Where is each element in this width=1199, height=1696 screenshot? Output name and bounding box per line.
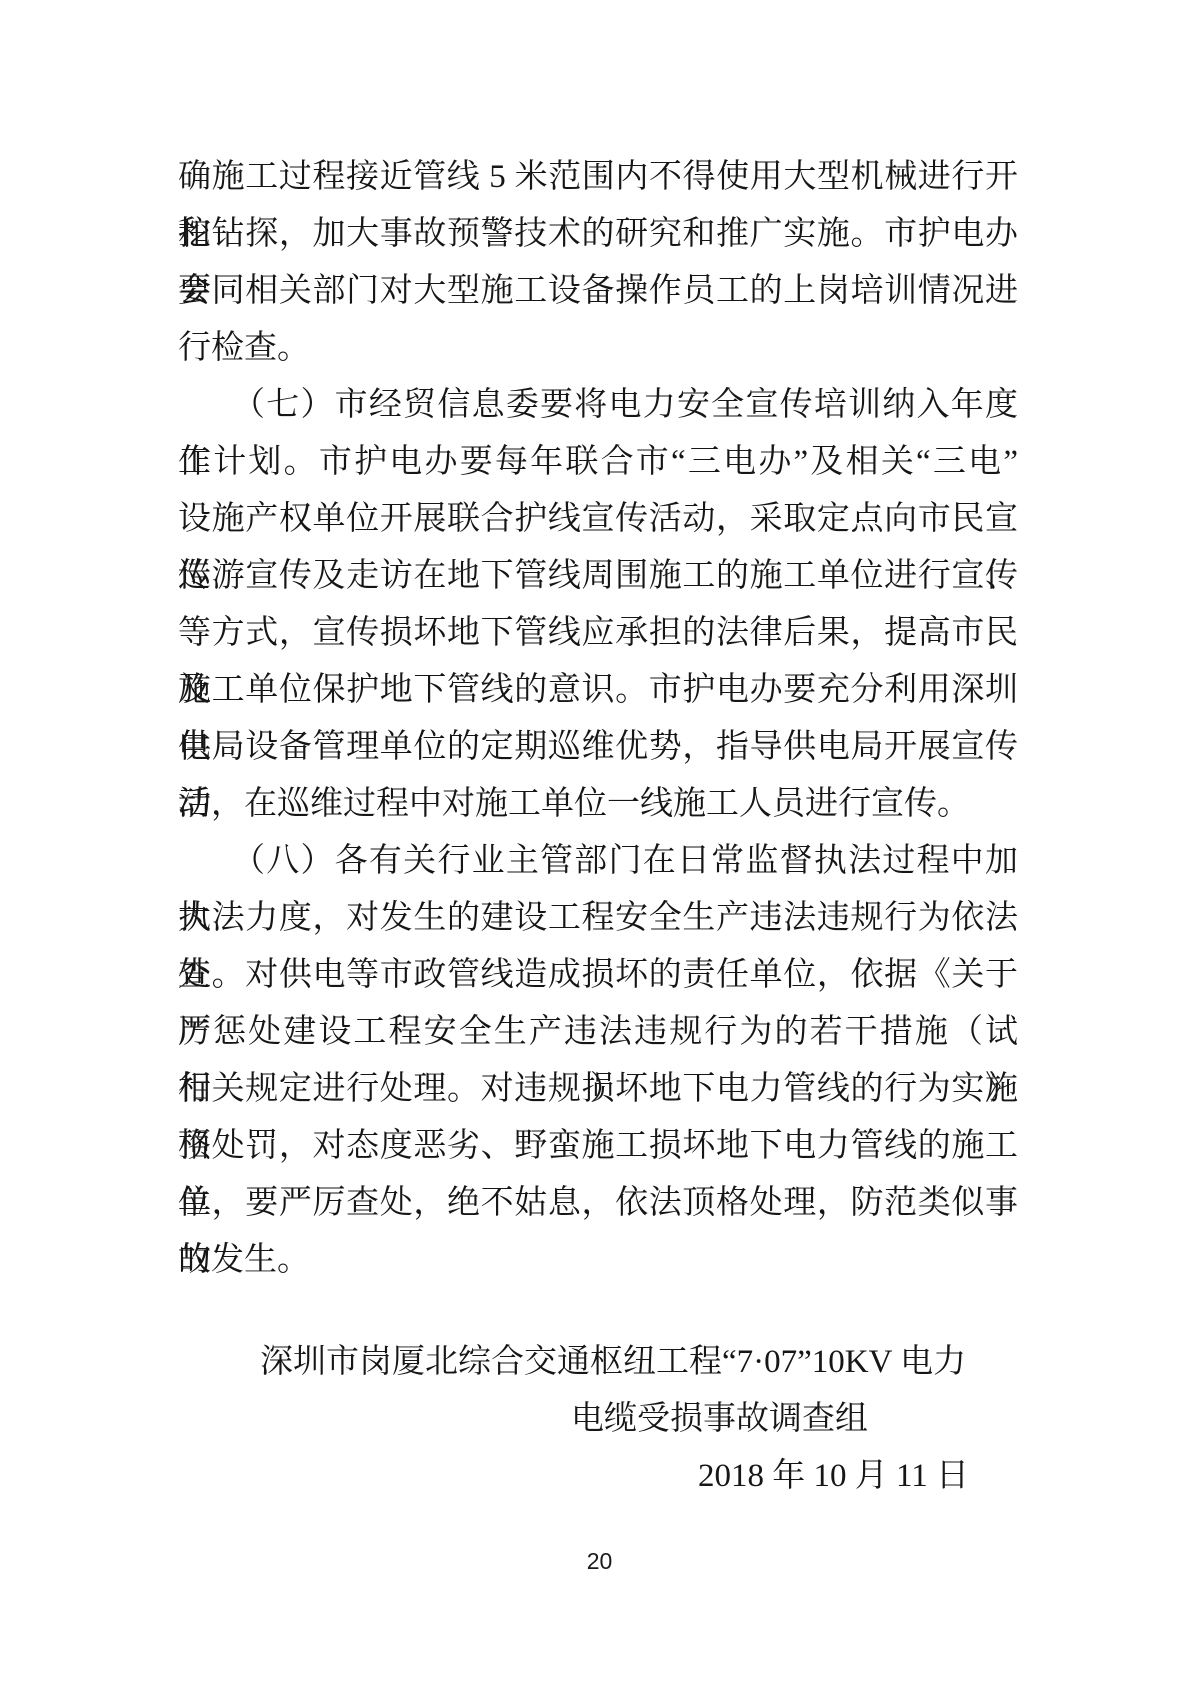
body-line: 电局设备管理单位的定期巡维优势，指导供电局开展宣传活 — [178, 719, 1018, 776]
document-page: 确施工过程接近管线 5 米范围内不得使用大型机械进行开挖和钻探，加大事故预警技术… — [0, 0, 1199, 1696]
body-line: 位，要严厉查处，绝不姑息，依法顶格处理，防范类似事故 — [178, 1175, 1018, 1232]
body-line: 相关规定进行处理。对违规损坏地下电力管线的行为实施顶 — [178, 1061, 1018, 1118]
body-line: （七）市经贸信息委要将电力安全宣传培训纳入年度工 — [178, 377, 1018, 434]
body-line: 处。对供电等市政管线造成损坏的责任单位，依据《关于严 — [178, 947, 1018, 1004]
signature-org-line2: 电缆受损事故调查组 — [178, 1391, 1018, 1448]
page-number: 20 — [0, 1548, 1199, 1575]
body-line: 厉惩处建设工程安全生产违法违规行为的若干措施（试行）》 — [178, 1004, 1018, 1061]
body-line: 设施产权单位开展联合护线宣传活动，采取定点向市民宣传、 — [178, 491, 1018, 548]
body-line: 的发生。 — [178, 1232, 1018, 1289]
body-line: 和钻探，加大事故预警技术的研究和推广实施。市护电办要 — [178, 206, 1018, 263]
body-line: 作计划。市护电办要每年联合市“三电办”及相关“三电” — [178, 434, 1018, 491]
body-line: 行检查。 — [178, 320, 1018, 377]
body-text: 确施工过程接近管线 5 米范围内不得使用大型机械进行开挖和钻探，加大事故预警技术… — [178, 149, 1018, 1289]
body-line: 确施工过程接近管线 5 米范围内不得使用大型机械进行开挖 — [178, 149, 1018, 206]
body-line: 施工单位保护地下管线的意识。市护电办要充分利用深圳供 — [178, 662, 1018, 719]
body-line: 动，在巡维过程中对施工单位一线施工人员进行宣传。 — [178, 776, 1018, 833]
body-line: 执法力度，对发生的建设工程安全生产违法违规行为依法查 — [178, 890, 1018, 947]
signature-date: 2018 年 10 月 11 日 — [178, 1448, 1018, 1505]
body-line: 格处罚，对态度恶劣、野蛮施工损坏地下电力管线的施工单 — [178, 1118, 1018, 1175]
body-line: 等方式，宣传损坏地下管线应承担的法律后果，提高市民及 — [178, 605, 1018, 662]
body-line: 巡游宣传及走访在地下管线周围施工的施工单位进行宣传 — [178, 548, 1018, 605]
signature-org-line1: 深圳市岗厦北综合交通枢纽工程“7·07”10KV 电力 — [178, 1334, 1018, 1391]
body-line: 会同相关部门对大型施工设备操作员工的上岗培训情况进 — [178, 263, 1018, 320]
body-line: （八）各有关行业主管部门在日常监督执法过程中加大 — [178, 833, 1018, 890]
signature-block: 深圳市岗厦北综合交通枢纽工程“7·07”10KV 电力 电缆受损事故调查组 20… — [178, 1334, 1018, 1505]
